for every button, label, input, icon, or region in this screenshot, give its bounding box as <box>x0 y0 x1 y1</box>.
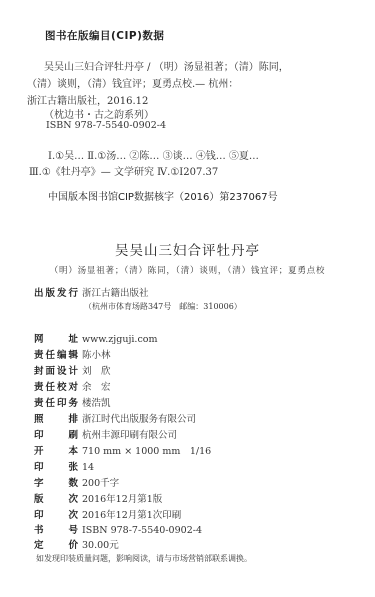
colophon-row-publisher: 出版发行 浙江古籍出版社 <box>34 285 149 299</box>
label-format: 开本 <box>34 443 78 457</box>
colophon-row-price: 定价 30.00元 <box>34 537 119 551</box>
cip-entry-line-1: 吴吴山三妇合评牡丹亭 / （明）汤显祖著；（清）陈同， <box>44 58 289 73</box>
colophon-row-word-count: 字数 200千字 <box>34 475 119 489</box>
value-sheets: 14 <box>82 462 94 473</box>
label-proofreader: 责任校对 <box>34 379 78 393</box>
label-cover-design: 封面设计 <box>34 363 78 377</box>
label-word-count: 字数 <box>34 475 78 489</box>
value-printing: 杭州丰源印刷有限公司 <box>82 427 177 441</box>
cip-entry-line-2: （清）谈则，（清）钱宜评；夏勇点校.— 杭州： <box>27 75 238 90</box>
colophon-row-edition: 版次 2016年12月第1版 <box>34 491 162 505</box>
cip-isbn: ISBN 978-7-5540-0902-4 <box>46 120 166 131</box>
quality-notice: 如发现印装质量问题，影响阅读，请与市场营销部联系调换。 <box>36 553 252 564</box>
label-impression: 印次 <box>34 507 78 521</box>
value-proofreader: 余 宏 <box>82 379 111 393</box>
colophon-row-typesetting: 照排 浙江时代出版服务有限公司 <box>34 411 196 425</box>
colophon-row-sheets: 印张 14 <box>34 459 94 473</box>
book-authors: （明）汤显祖著；（清）陈同，（清）谈则，（清）钱宜评；夏勇点校 <box>0 264 375 276</box>
label-price: 定价 <box>34 537 78 551</box>
value-book-number: ISBN 978-7-5540-0902-4 <box>82 525 202 536</box>
colophon-row-printing: 印刷 杭州丰源印刷有限公司 <box>34 427 177 441</box>
label-print-manager: 责任印务 <box>34 395 78 409</box>
value-price: 30.00元 <box>82 537 119 551</box>
value-publisher: 浙江古籍出版社 <box>82 285 149 299</box>
colophon-row-website: 网址 www.zjguji.com <box>34 331 158 345</box>
colophon-row-editor: 责任编辑 陈小林 <box>34 347 111 361</box>
colophon-row-format: 开本 710 mm × 1000 mm 1/16 <box>34 443 211 457</box>
colophon-row-impression: 印次 2016年12月第1次印刷 <box>34 507 181 521</box>
label-typesetting: 照排 <box>34 411 78 425</box>
value-typesetting: 浙江时代出版服务有限公司 <box>82 411 196 425</box>
colophon-row-proofreader: 责任校对 余 宏 <box>34 379 111 393</box>
cip-verification-number: 中国版本图书馆CIP数据核字（2016）第237067号 <box>48 188 278 203</box>
value-edition: 2016年12月第1版 <box>82 491 162 505</box>
cip-entry-line-3: 浙江古籍出版社，2016.12 <box>27 92 148 107</box>
label-edition: 版次 <box>34 491 78 505</box>
colophon-row-book-number: 书号 ISBN 978-7-5540-0902-4 <box>34 522 202 536</box>
value-editor: 陈小林 <box>82 347 111 361</box>
publisher-address: （杭州市体育场路347号 邮编：310006） <box>84 301 242 312</box>
label-book-number: 书号 <box>34 522 78 536</box>
value-format: 710 mm × 1000 mm 1/16 <box>82 443 211 457</box>
value-word-count: 200千字 <box>82 475 119 489</box>
label-website: 网址 <box>34 331 78 345</box>
label-sheets: 印张 <box>34 459 78 473</box>
value-website[interactable]: www.zjguji.com <box>82 334 158 345</box>
cip-heading: 图书在版编目(CIP)数据 <box>45 28 164 43</box>
colophon-row-cover-design: 封面设计 刘 欣 <box>34 363 111 377</box>
label-printing: 印刷 <box>34 427 78 441</box>
value-print-manager: 楼浩凯 <box>82 395 111 409</box>
value-cover-design: 刘 欣 <box>82 363 111 377</box>
label-publisher: 出版发行 <box>34 285 78 299</box>
book-title: 吴吴山三妇合评牡丹亭 <box>0 239 375 259</box>
value-impression: 2016年12月第1次印刷 <box>82 507 181 521</box>
cip-subject-line-2: Ⅲ.①《牡丹亭》— 文学研究 Ⅳ.①I207.37 <box>29 163 218 178</box>
label-editor: 责任编辑 <box>34 347 78 361</box>
cip-subject-line-1: Ⅰ.①吴… Ⅱ.①汤… ②陈… ③谈… ④钱… ⑤夏… <box>48 147 259 162</box>
cip-series: （枕边书・古之韵系列） <box>44 106 154 121</box>
colophon-row-print-manager: 责任印务 楼浩凯 <box>34 395 111 409</box>
